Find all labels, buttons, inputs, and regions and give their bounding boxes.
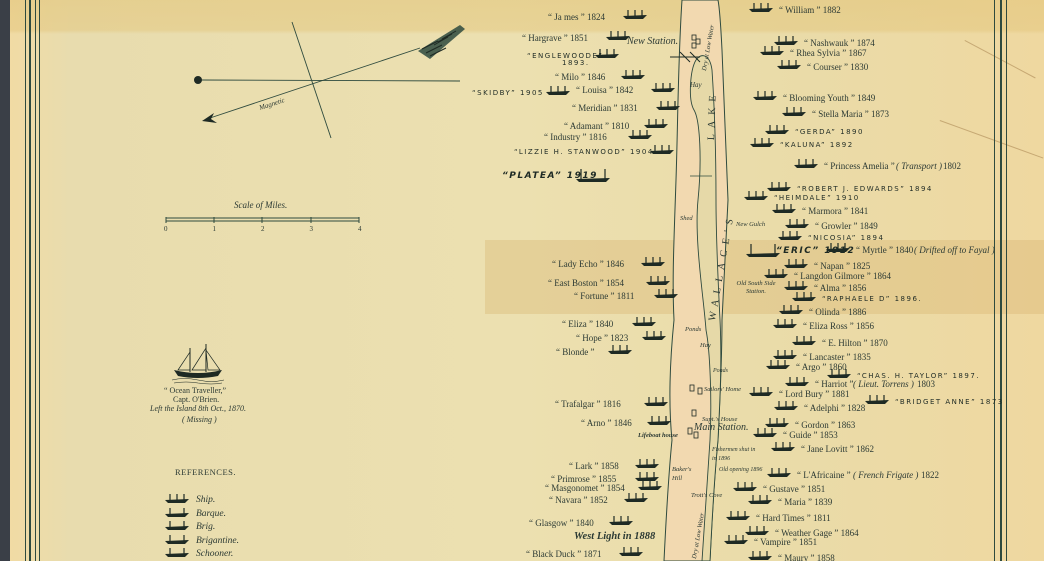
wreck-ship-icon: [774, 400, 798, 412]
wreck-label: “ Courser ” 1830: [807, 62, 868, 72]
place-trotts-cove: Trott's Cove: [691, 491, 722, 501]
place-lifeboat-house: Lifeboat house: [638, 431, 678, 441]
reference-ship-icon: [165, 534, 189, 546]
wreck-label: “ Lord Bury ” 1881: [779, 389, 849, 399]
wreck-label: “ Trafalgar ” 1816: [555, 399, 621, 409]
wreck-ship-icon: [777, 59, 801, 71]
wreck-label: “ Stella Maria ” 1873: [812, 109, 889, 119]
wreck-ship-icon: [753, 90, 777, 102]
wreck-ship-icon: [628, 129, 652, 141]
frame-line-left: [35, 0, 36, 561]
wreck-ship-icon: [621, 69, 645, 81]
wreck-label: ( French Frigate ): [853, 470, 918, 480]
wreck-label: “ Lancaster ” 1835: [803, 352, 871, 362]
magnetic-label: Magnetic: [257, 96, 286, 112]
wreck-label: 1803: [917, 379, 935, 389]
wreck-ship-icon: [651, 82, 675, 94]
wreck-ship-icon: [650, 144, 674, 156]
sable-island-wreck-chart: Magnetic Scale of Miles. 01234 New Stati…: [10, 0, 1044, 561]
place-bakers-hill: Baker's Hill: [672, 465, 696, 483]
place-west-light: West Light in 1888: [574, 532, 655, 542]
wreck-ship-icon: [641, 256, 665, 268]
wreck-label: “LIZZIE H. STANWOOD” 1904: [514, 147, 654, 157]
wreck-label: “ Gustave ” 1851: [763, 484, 825, 494]
wreck-label: “ Hard Times ” 1811: [756, 513, 831, 523]
reference-ship-icon: [165, 493, 189, 505]
wreck-label: “ Louisa ” 1842: [576, 85, 633, 95]
wreck-label: “ Marmora ” 1841: [802, 206, 868, 216]
wreck-ship-icon: [647, 415, 671, 427]
wreck-label: “RAPHAELE D” 1896.: [822, 294, 922, 304]
wreck-label: “ Blooming Youth ” 1849: [783, 93, 875, 103]
wreck-label: “ Glasgow ” 1840: [529, 518, 594, 528]
reference-item-label: Brig.: [196, 522, 215, 532]
wreck-label: “ Vampire ” 1851: [754, 537, 817, 547]
reference-item-label: Schooner.: [196, 549, 233, 559]
ocean-traveller-status: ( Missing ): [182, 415, 217, 425]
frame-line-right: [994, 0, 995, 561]
wreck-ship-icon: [765, 124, 789, 136]
scale-bar: [165, 214, 365, 234]
wreck-ship-icon: [792, 335, 816, 347]
wreck-ship-icon: [773, 318, 797, 330]
wreck-ship-icon: [632, 316, 656, 328]
wreck-ship-icon: [635, 458, 659, 470]
wreck-ship-icon: [546, 85, 570, 97]
wreck-label: “ Ja mes ” 1824: [548, 12, 605, 22]
wreck-ship-icon: [726, 510, 750, 522]
wreck-label: “ Eliza ” 1840: [562, 319, 613, 329]
wreck-label: “ Lark ” 1858: [569, 461, 619, 471]
wreck-ship-icon: [766, 359, 790, 371]
wreck-ship-icon: [619, 546, 643, 558]
wreck-label: “ Nashwauk ” 1874: [804, 38, 875, 48]
wreck-label: “ Industry ” 1816: [544, 132, 607, 142]
frame-line-right: [1000, 0, 1002, 561]
wreck-label: “ Lady Echo ” 1846: [552, 259, 624, 269]
wreck-label: “ Blonde ”: [556, 347, 595, 357]
wreck-ship-icon: [779, 304, 803, 316]
wreck-label: “ Arno ” 1846: [581, 418, 632, 428]
wreck-ship-icon: [792, 291, 816, 303]
ocean-traveller-ship-icon: [170, 342, 226, 386]
wreck-ship-icon: [785, 218, 809, 230]
place-new-gulch: New Gulch: [736, 220, 765, 230]
lake-label: LAKE: [707, 89, 719, 140]
wreck-ship-icon: [746, 243, 780, 259]
wreck-ship-icon: [609, 515, 633, 527]
scale-tick-label: 1: [213, 224, 217, 234]
wreck-label: ( Drifted off to Fayal ): [914, 245, 995, 255]
wreck-ship-icon: [724, 534, 748, 546]
wreck-label: ( Lieut. Torrens ): [853, 379, 914, 389]
wreck-label: “ Adamant ” 1810: [564, 121, 629, 131]
wreck-label: “ Olinda ” 1886: [809, 307, 866, 317]
wreck-ship-icon: [576, 168, 610, 184]
wreck-label: “ Maria ” 1839: [778, 497, 832, 507]
reference-item-label: Brigantine.: [196, 536, 239, 546]
wreck-ship-icon: [646, 275, 670, 287]
wreck-ship-icon: [654, 288, 678, 300]
wreck-label: “HEIMDALE” 1910: [774, 193, 860, 203]
frame-line-left: [29, 0, 31, 561]
scale-tick-label: 2: [261, 224, 265, 234]
frame-line-left: [39, 0, 40, 561]
place-hay-1: Hay: [690, 80, 702, 90]
wreck-ship-icon: [782, 106, 806, 118]
scale-tick-label: 4: [358, 224, 362, 234]
wreck-ship-icon: [733, 481, 757, 493]
wreck-ship-icon: [749, 2, 773, 14]
wreck-label: 1802: [943, 161, 961, 171]
wreck-label: “ Princess Amelia ”: [824, 161, 895, 171]
scale-tick-label: 0: [164, 224, 168, 234]
wreck-ship-icon: [623, 9, 647, 21]
wreck-label: “KALUNA” 1892: [780, 140, 854, 150]
reference-ship-icon: [165, 507, 189, 519]
wreck-ship-icon: [748, 494, 772, 506]
wreck-label: “SKIDBY” 1905: [472, 88, 544, 98]
wreck-ship-icon: [760, 45, 784, 57]
ocean-traveller-note: Left the Island 8th Oct., 1870.: [150, 404, 246, 414]
wreck-ship-icon: [638, 480, 662, 492]
wreck-ship-icon: [606, 30, 630, 42]
wreck-label: “ Maury ” 1858: [778, 553, 835, 561]
wreck-label: 1822: [921, 470, 939, 480]
wreck-ship-icon: [642, 330, 666, 342]
wreck-ship-icon: [772, 203, 796, 215]
wreck-label: “ Alma ” 1856: [814, 283, 866, 293]
place-ponds-1: Ponds: [685, 325, 701, 335]
wreck-label: “ Masgonomet ” 1854: [545, 483, 625, 493]
wreck-label: “ Meridian ” 1831: [572, 103, 638, 113]
wreck-ship-icon: [767, 467, 791, 479]
wreck-ship-icon: [745, 525, 769, 537]
wreck-label: “ Harriot ”: [815, 379, 853, 389]
wreck-label: “ William ” 1882: [779, 5, 841, 15]
place-old-south-side-station: Old South Side Station.: [726, 280, 786, 296]
wreck-ship-icon: [771, 441, 795, 453]
wreck-label: “ Hargrave ” 1851: [522, 33, 588, 43]
wreck-label: “ Navara ” 1852: [549, 495, 608, 505]
wreck-ship-icon: [794, 158, 818, 170]
wreck-label: “ Eliza Ross ” 1856: [803, 321, 874, 331]
compass-rose: Magnetic: [190, 15, 490, 145]
wreck-label: “ Growler ” 1849: [815, 221, 878, 231]
place-hay-2: Hay: [700, 341, 711, 351]
wreck-ship-icon: [767, 181, 791, 193]
wreck-ship-icon: [644, 396, 668, 408]
wreck-label: “ Guide ” 1853: [783, 430, 838, 440]
wreck-label: “GERDA” 1890: [795, 127, 864, 137]
wreck-label: “ Black Duck ” 1871: [526, 549, 601, 559]
wreck-label: “BRIDGET ANNE” 1873: [895, 397, 1004, 407]
wreck-label: “ E. Hilton ” 1870: [822, 338, 888, 348]
wreck-label: “ Adelphi ” 1828: [804, 403, 865, 413]
reference-ship-icon: [165, 547, 189, 559]
frame-line-left: [25, 0, 26, 561]
station-buildings: [660, 30, 720, 70]
main-station-buildings: [680, 380, 720, 450]
scale-tick-label: 3: [310, 224, 314, 234]
wreck-ship-icon: [778, 230, 802, 242]
reference-ship-icon: [165, 520, 189, 532]
wreck-label: “ Gordon ” 1863: [795, 420, 855, 430]
wreck-ship-icon: [865, 394, 889, 406]
wreck-ship-icon: [753, 427, 777, 439]
frame-line-right: [1006, 0, 1007, 561]
wreck-label: “ Napan ” 1825: [814, 261, 870, 271]
wreck-label: “ Langdon Gilmore ” 1864: [794, 271, 891, 281]
wreck-label: 1893.: [562, 58, 590, 68]
wreck-ship-icon: [748, 550, 772, 561]
reference-item-label: Ship.: [196, 495, 215, 505]
wreck-ship-icon: [764, 268, 788, 280]
wreck-label: “ Myrtle ” 1840: [856, 245, 913, 255]
wreck-label: “ East Boston ” 1854: [548, 278, 624, 288]
reference-item-label: Barque.: [196, 509, 226, 519]
wreck-label: “ L'Africaine ”: [797, 470, 851, 480]
wreck-label: “ Fortune ” 1811: [574, 291, 634, 301]
wreck-ship-icon: [624, 492, 648, 504]
wreck-label: “ Jane Lovitt ” 1862: [801, 444, 874, 454]
wreck-ship-icon: [744, 190, 768, 202]
wreck-label: ( Transport ): [896, 161, 942, 171]
wreck-ship-icon: [595, 48, 619, 60]
place-shed: Shed: [680, 214, 693, 224]
wreck-label: “ Hope ” 1823: [576, 333, 628, 343]
wreck-label: “ Rhea Sylvia ” 1867: [790, 48, 866, 58]
wreck-ship-icon: [608, 344, 632, 356]
wreck-ship-icon: [749, 386, 773, 398]
references-title: REFERENCES.: [175, 467, 236, 477]
place-old-opening: Old opening 1896: [719, 465, 762, 475]
wreck-ship-icon: [785, 376, 809, 388]
scale-title: Scale of Miles.: [234, 200, 287, 210]
wreck-label: “ Milo ” 1846: [555, 72, 605, 82]
wreck-ship-icon: [750, 137, 774, 149]
wreck-ship-icon: [826, 242, 850, 254]
place-ponds-2: Ponds: [713, 366, 728, 376]
wreck-ship-icon: [656, 100, 680, 112]
